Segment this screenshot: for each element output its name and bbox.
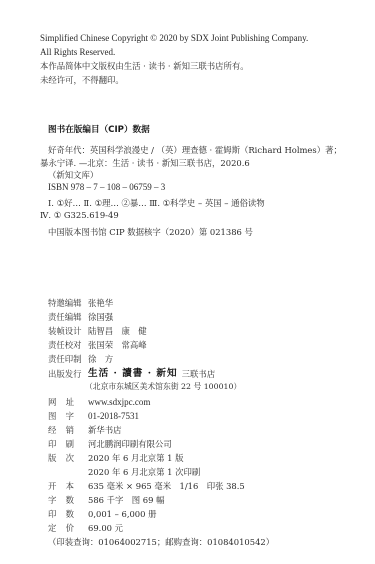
- word-count: 586 千字 图 69 幅: [88, 496, 165, 504]
- credit-row: 特邀编辑 张艳华: [48, 299, 113, 307]
- detail-label-char: 版: [48, 454, 56, 462]
- cip-subject-line-1: Ⅰ. ①好… Ⅱ. ①理… ②暴… Ⅲ. ①科学史 – 英国 – 通俗读物: [48, 199, 265, 207]
- price: 69.00 元: [88, 524, 123, 532]
- detail-label-char: 字: [48, 496, 56, 504]
- publisher-name: 三联书店: [182, 370, 216, 378]
- detail-label-char: 字: [66, 412, 74, 421]
- credit-label: 特邀编辑: [48, 299, 88, 307]
- detail-label-char: 印: [48, 440, 56, 448]
- detail-label-char: 开: [48, 482, 56, 490]
- cip-title: 图书在版编目（CIP）数据: [48, 126, 150, 135]
- detail-label-char: 价: [66, 524, 74, 532]
- detail-row-print-run: 印数 0,001 – 6,000 册: [48, 510, 157, 518]
- detail-label-char: 图: [48, 412, 56, 421]
- print-run: 0,001 – 6,000 册: [88, 510, 157, 518]
- credit-value: 徐国强: [88, 313, 113, 321]
- copyright-page: Simplified Chinese Copyright © 2020 by S…: [0, 0, 375, 564]
- distributor: 新华书店: [88, 426, 122, 434]
- detail-row-price: 定价 69.00 元: [48, 524, 123, 532]
- cip-entry-line-3: （新知文库）: [48, 171, 98, 179]
- website-url: www.sdxjpc.com: [88, 398, 150, 407]
- edition: 2020 年 6 月北京第 1 版: [88, 454, 184, 462]
- credit-value: 张国荣 常高峰: [88, 341, 147, 349]
- detail-row-printing: 2020 年 6 月北京第 1 次印刷: [48, 468, 200, 476]
- detail-row-format: 开本 635 毫米 × 965 毫米 1/16 印张 38.5: [48, 482, 245, 490]
- credit-value: 陆智昌 康 健: [88, 327, 147, 335]
- publisher-address: （北京市东城区美术馆东街 22 号 100010）: [85, 383, 241, 391]
- detail-row-printer: 印刷 河北鹏润印刷有限公司: [48, 440, 172, 448]
- detail-label-char: 刷: [66, 440, 74, 448]
- detail-row-website: 网址 www.sdxjpc.com: [48, 398, 150, 407]
- credit-value: 徐 方: [88, 355, 113, 363]
- copyright-line-chinese: 本作品简体中文版权由生活 · 读书 · 新知三联书店所有。: [40, 62, 249, 70]
- isbn: ISBN 978 – 7 – 108 – 06759 – 3: [48, 183, 165, 192]
- detail-label-char: 定: [48, 524, 56, 532]
- cip-entry-line-1: 好奇年代：英国科学浪漫史 / （英）理查德 · 霍姆斯（Richard Holm…: [48, 146, 342, 154]
- detail-label-char: 网: [48, 398, 56, 407]
- credit-label: 责任校对: [48, 341, 88, 349]
- publisher-brand-logo: 生活 · 讀書 · 新知: [88, 369, 178, 379]
- publisher-label: 出版发行: [48, 370, 88, 378]
- credit-row: 装帧设计 陆智昌 康 健: [48, 327, 147, 335]
- detail-label-char: 销: [66, 426, 74, 434]
- printing: 2020 年 6 月北京第 1 次印刷: [88, 468, 200, 476]
- detail-label-char: 数: [66, 496, 74, 504]
- detail-row-distributor: 经销 新华书店: [48, 426, 122, 434]
- credit-label: 责任印制: [48, 355, 88, 363]
- contact-note: （印装查询：01064002715；邮购查询：01084010542）: [48, 538, 274, 546]
- format: 635 毫米 × 965 毫米 1/16 印张 38.5: [88, 482, 245, 490]
- copyright-line-english: Simplified Chinese Copyright © 2020 by S…: [40, 34, 308, 43]
- reprint-notice: 未经许可，不得翻印。: [40, 76, 124, 84]
- rights-reserved: All Rights Reserved.: [40, 48, 115, 57]
- detail-label-char: 次: [66, 454, 74, 462]
- detail-label-char: 本: [66, 482, 74, 490]
- credit-row: 责任印制 徐 方: [48, 355, 113, 363]
- detail-row-registration: 图字 01-2018-7531: [48, 412, 139, 421]
- credit-row: 责任编辑 徐国强: [48, 313, 113, 321]
- publisher-row: 出版发行 生活 · 讀書 · 新知 三联书店: [48, 369, 215, 379]
- printer: 河北鹏润印刷有限公司: [88, 440, 172, 448]
- credit-row: 责任校对 张国荣 常高峰: [48, 341, 147, 349]
- detail-label-char: 数: [66, 510, 74, 518]
- registration-number: 01-2018-7531: [88, 412, 139, 421]
- cip-entry-line-2: 暴永宁译. —北京：生活 · 读书 · 新知三联书店，2020.6: [40, 159, 250, 167]
- detail-label-char: 印: [48, 510, 56, 518]
- detail-row-word-count: 字数 586 千字 图 69 幅: [48, 496, 165, 504]
- cip-verify-number: 中国版本图书馆 CIP 数据核字（2020）第 021386 号: [48, 228, 253, 236]
- detail-row-edition: 版次 2020 年 6 月北京第 1 版: [48, 454, 184, 462]
- detail-label-char: 经: [48, 426, 56, 434]
- detail-label-char: 址: [66, 398, 74, 407]
- credit-value: 张艳华: [88, 299, 113, 307]
- credit-label: 责任编辑: [48, 313, 88, 321]
- cip-subject-line-2: Ⅳ. ① G325.619-49: [40, 211, 119, 219]
- credit-label: 装帧设计: [48, 327, 88, 335]
